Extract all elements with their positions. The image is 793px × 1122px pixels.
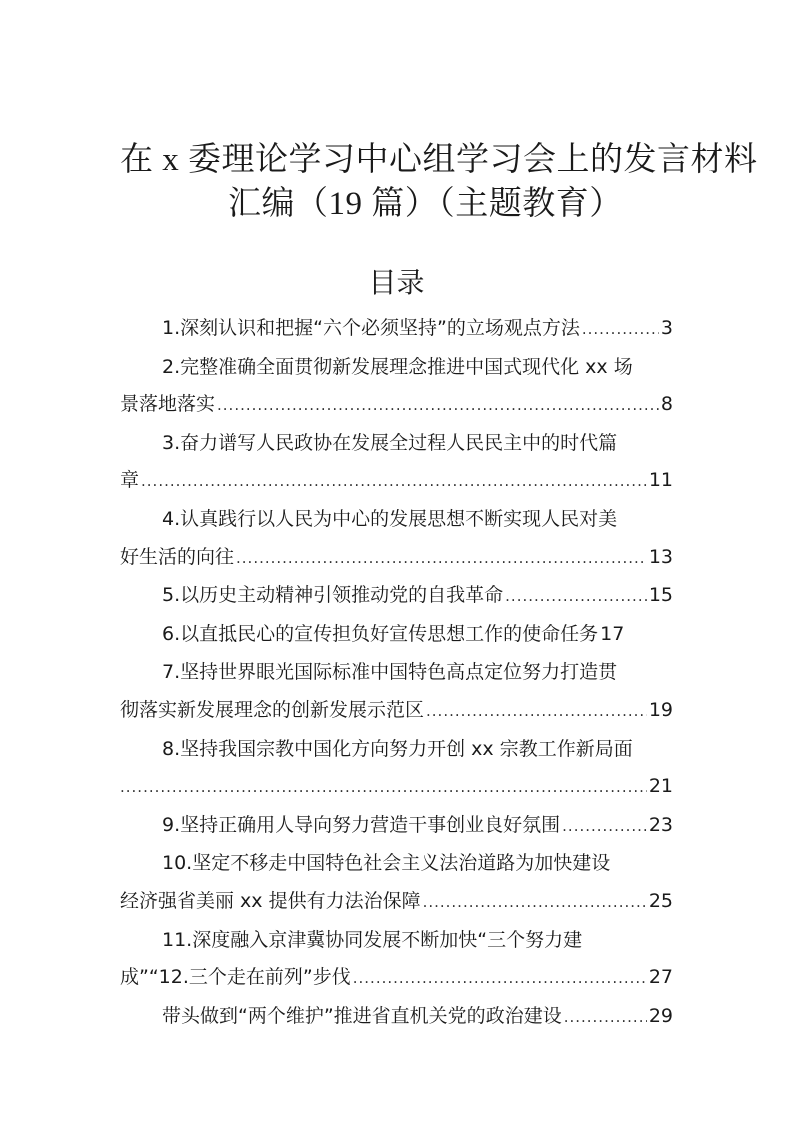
dot-leader xyxy=(505,578,647,616)
toc-entry-number: 3. xyxy=(162,432,180,454)
toc-entry-number: 11. xyxy=(162,929,192,951)
toc-page-number: 29 xyxy=(649,998,673,1036)
dot-leader xyxy=(564,999,647,1037)
toc-entry-4[interactable]: 4.认真践行以人民为中心的发展思想不断实现人民对美 好生活的向往 13 xyxy=(120,501,673,577)
toc-page-number: 13 xyxy=(649,539,673,577)
dot-leader xyxy=(582,311,659,349)
toc-entry-title: 奋力谱写人民政协在发展全过程人民民主中的时代篇 xyxy=(180,432,617,454)
toc-entry-title: 以历史主动精神引领推动党的自我革命 xyxy=(180,584,503,606)
dot-leader xyxy=(562,808,647,846)
toc-entry-title: 认真践行以人民为中心的发展思想不断实现人民对美 xyxy=(180,508,617,530)
toc-entry-number: 1. xyxy=(162,317,180,339)
toc-entry-number: 4. xyxy=(162,508,180,530)
dot-leader xyxy=(353,960,647,998)
toc-entry-number: 6. xyxy=(162,623,180,645)
toc-entry-10[interactable]: 10.坚定不移走中国特色社会主义法治道路为加快建设 经济强省美丽 xx 提供有力… xyxy=(120,845,673,921)
dot-leader xyxy=(120,769,647,807)
toc-entry-title-continued: 成”“12.三个走在前列”步伐 xyxy=(120,959,351,997)
dot-leader xyxy=(141,463,647,501)
toc-entry-title: 坚持正确用人导向努力营造干事创业良好氛围 xyxy=(180,814,560,836)
toc-page-number: 3 xyxy=(661,310,673,348)
toc-entry-12[interactable]: 带头做到“两个维护”推进省直机关党的政治建设 29 xyxy=(120,998,673,1037)
toc-page-number: 19 xyxy=(649,692,673,730)
toc-entry-title: 坚持我国宗教中国化方向努力开创 xx 宗教工作新局面 xyxy=(180,738,633,760)
toc-entry-5[interactable]: 5.以历史主动精神引领推动党的自我革命 15 xyxy=(120,577,673,616)
toc-entry-8[interactable]: 8.坚持我国宗教中国化方向努力开创 xx 宗教工作新局面 21 xyxy=(120,731,673,807)
toc-entry-title: 坚持世界眼光国际标准中国特色高点定位努力打造贯 xyxy=(180,661,617,683)
document-title-line-2: 汇编（19 篇）（主题教育） xyxy=(120,182,676,226)
toc-entry-6[interactable]: 6.以直抵民心的宣传担负好宣传思想工作的使命任务 17 xyxy=(120,616,673,655)
toc-entry-title: 深度融入京津冀协同发展不断加快“三个努力建 xyxy=(192,929,582,951)
table-of-contents: 1.深刻认识和把握“六个必须坚持”的立场观点方法 3 2.完整准确全面贯彻新发展… xyxy=(120,310,673,1036)
toc-entry-title: 深刻认识和把握“六个必须坚持”的立场观点方法 xyxy=(180,317,580,339)
toc-entry-number: 2. xyxy=(162,356,180,378)
document-title: 在 x 委理论学习中心组学习会上的发言材料 汇编（19 篇）（主题教育） xyxy=(120,138,676,226)
toc-entry-title-continued: 好生活的向往 xyxy=(120,539,234,577)
toc-page-number: 17 xyxy=(600,616,624,654)
toc-page-number: 25 xyxy=(649,883,673,921)
dot-leader xyxy=(236,540,647,578)
toc-page-number: 15 xyxy=(649,577,673,615)
toc-page-number: 11 xyxy=(649,462,673,500)
toc-page-number: 8 xyxy=(661,386,673,424)
dot-leader xyxy=(426,693,647,731)
toc-entry-title-continued: 彻落实新发展理念的创新发展示范区 xyxy=(120,692,424,730)
document-page: 在 x 委理论学习中心组学习会上的发言材料 汇编（19 篇）（主题教育） 目录 … xyxy=(0,0,793,1122)
toc-entry-title-continued: 经济强省美丽 xx 提供有力法治保障 xyxy=(120,883,421,921)
toc-entry-title-continued: 景落地落实 xyxy=(120,386,215,424)
toc-entry-2[interactable]: 2.完整准确全面贯彻新发展理念推进中国式现代化 xx 场 景落地落实 8 xyxy=(120,349,673,425)
dot-leader xyxy=(423,884,647,922)
toc-entry-number: 7. xyxy=(162,661,180,683)
toc-entry-number: 5. xyxy=(162,584,180,606)
toc-entry-7[interactable]: 7.坚持世界眼光国际标准中国特色高点定位努力打造贯 彻落实新发展理念的创新发展示… xyxy=(120,654,673,730)
toc-entry-title: 以直抵民心的宣传担负好宣传思想工作的使命任务 xyxy=(180,623,598,645)
toc-entry-title-continued: 章 xyxy=(120,462,139,500)
toc-entry-11[interactable]: 11.深度融入京津冀协同发展不断加快“三个努力建 成”“12.三个走在前列”步伐… xyxy=(120,922,673,998)
toc-entry-number: 10. xyxy=(162,852,192,874)
toc-page-number: 23 xyxy=(649,807,673,845)
toc-entry-title: 带头做到“两个维护”推进省直机关党的政治建设 xyxy=(162,1005,562,1027)
toc-entry-title: 坚定不移走中国特色社会主义法治道路为加快建设 xyxy=(192,852,610,874)
toc-heading: 目录 xyxy=(0,263,793,303)
toc-entry-title: 完整准确全面贯彻新发展理念推进中国式现代化 xx 场 xyxy=(180,356,633,378)
toc-entry-1[interactable]: 1.深刻认识和把握“六个必须坚持”的立场观点方法 3 xyxy=(120,310,673,349)
toc-page-number: 21 xyxy=(649,768,673,806)
toc-entry-9[interactable]: 9.坚持正确用人导向努力营造干事创业良好氛围 23 xyxy=(120,807,673,846)
toc-entry-3[interactable]: 3.奋力谱写人民政协在发展全过程人民民主中的时代篇 章 11 xyxy=(120,425,673,501)
dot-leader xyxy=(217,387,659,425)
toc-entry-number: 9. xyxy=(162,814,180,836)
toc-page-number: 27 xyxy=(649,959,673,997)
toc-entry-number: 8. xyxy=(162,738,180,760)
document-title-line-1: 在 x 委理论学习中心组学习会上的发言材料 xyxy=(120,138,676,182)
